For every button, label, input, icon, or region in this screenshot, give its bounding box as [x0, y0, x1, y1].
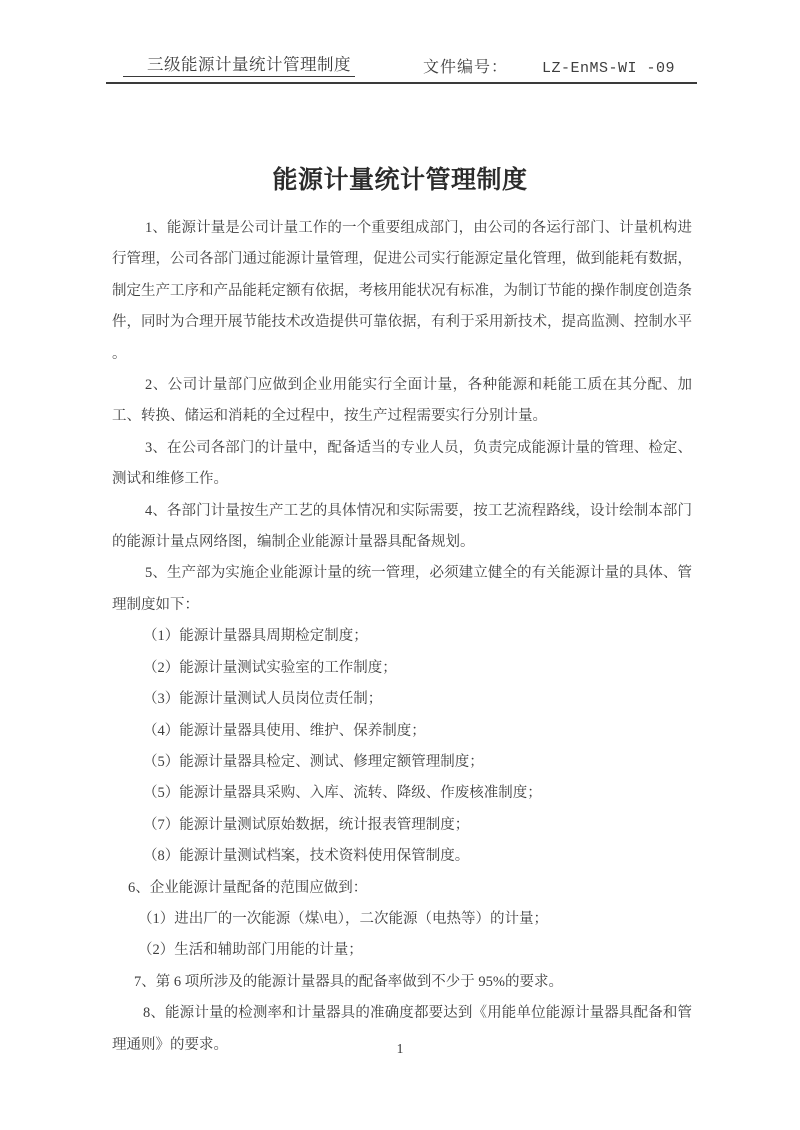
paragraph-4: 4、各部门计量按生产工艺的具体情况和实际需要，按工艺流程路线，设计绘制本部门的能… [112, 496, 692, 559]
paragraph-3: 3、在公司各部门的计量中，配备适当的专业人员，负责完成能源计量的管理、检定、测试… [112, 433, 692, 496]
paragraph-6: 6、企业能源计量配备的范围应做到： [112, 873, 692, 904]
list-item-4: （4）能源计量器具使用、维护、保养制度； [112, 716, 692, 747]
paragraph-7: 7、第 6 项所涉及的能源计量器具的配备率做到不少于 95%的要求。 [112, 967, 692, 998]
list-item-5: （5）能源计量器具检定、测试、修理定额管理制度； [112, 747, 692, 778]
document-header: 三级能源计量统计管理制度 文件编号： LZ-EnMS-WI -09 [106, 54, 697, 84]
doc-number-label: 文件编号： [423, 54, 508, 77]
paragraph-1: 1、能源计量是公司计量工作的一个重要组成部门，由公司的各运行部门、计量机构进行管… [112, 213, 692, 370]
header-doc-number: 文件编号： LZ-EnMS-WI -09 [423, 54, 675, 77]
list-item-2: （2）能源计量测试实验室的工作制度； [112, 653, 692, 684]
list-item-8: （8）能源计量测试档案，技术资料使用保管制度。 [112, 841, 692, 872]
document-page: 三级能源计量统计管理制度 文件编号： LZ-EnMS-WI -09 能源计量统计… [0, 0, 800, 1130]
document-body: 1、能源计量是公司计量工作的一个重要组成部门，由公司的各运行部门、计量机构进行管… [112, 213, 692, 1061]
list-item-3: （3）能源计量测试人员岗位责任制； [112, 684, 692, 715]
sublist-item-1: （1）进出厂的一次能源（煤\电），二次能源（电热等）的计量； [112, 904, 692, 935]
sublist-item-2: （2）生活和辅助部门用能的计量； [112, 935, 692, 966]
paragraph-2: 2、公司计量部门应做到企业用能实行全面计量，各种能源和耗能工质在其分配、加工、转… [112, 370, 692, 433]
list-item-6: （5）能源计量器具采购、入库、流转、降级、作废核准制度； [112, 778, 692, 809]
doc-number-value: LZ-EnMS-WI -09 [542, 60, 675, 77]
paragraph-5: 5、生产部为实施企业能源计量的统一管理，必须建立健全的有关能源计量的具体、管理制… [112, 558, 692, 621]
list-item-1: （1）能源计量器具周期检定制度； [112, 621, 692, 652]
page-title: 能源计量统计管理制度 [0, 160, 800, 196]
header-document-title: 三级能源计量统计管理制度 [123, 55, 355, 77]
page-number: 1 [0, 1041, 800, 1057]
list-item-7: （7）能源计量测试原始数据，统计报表管理制度； [112, 810, 692, 841]
